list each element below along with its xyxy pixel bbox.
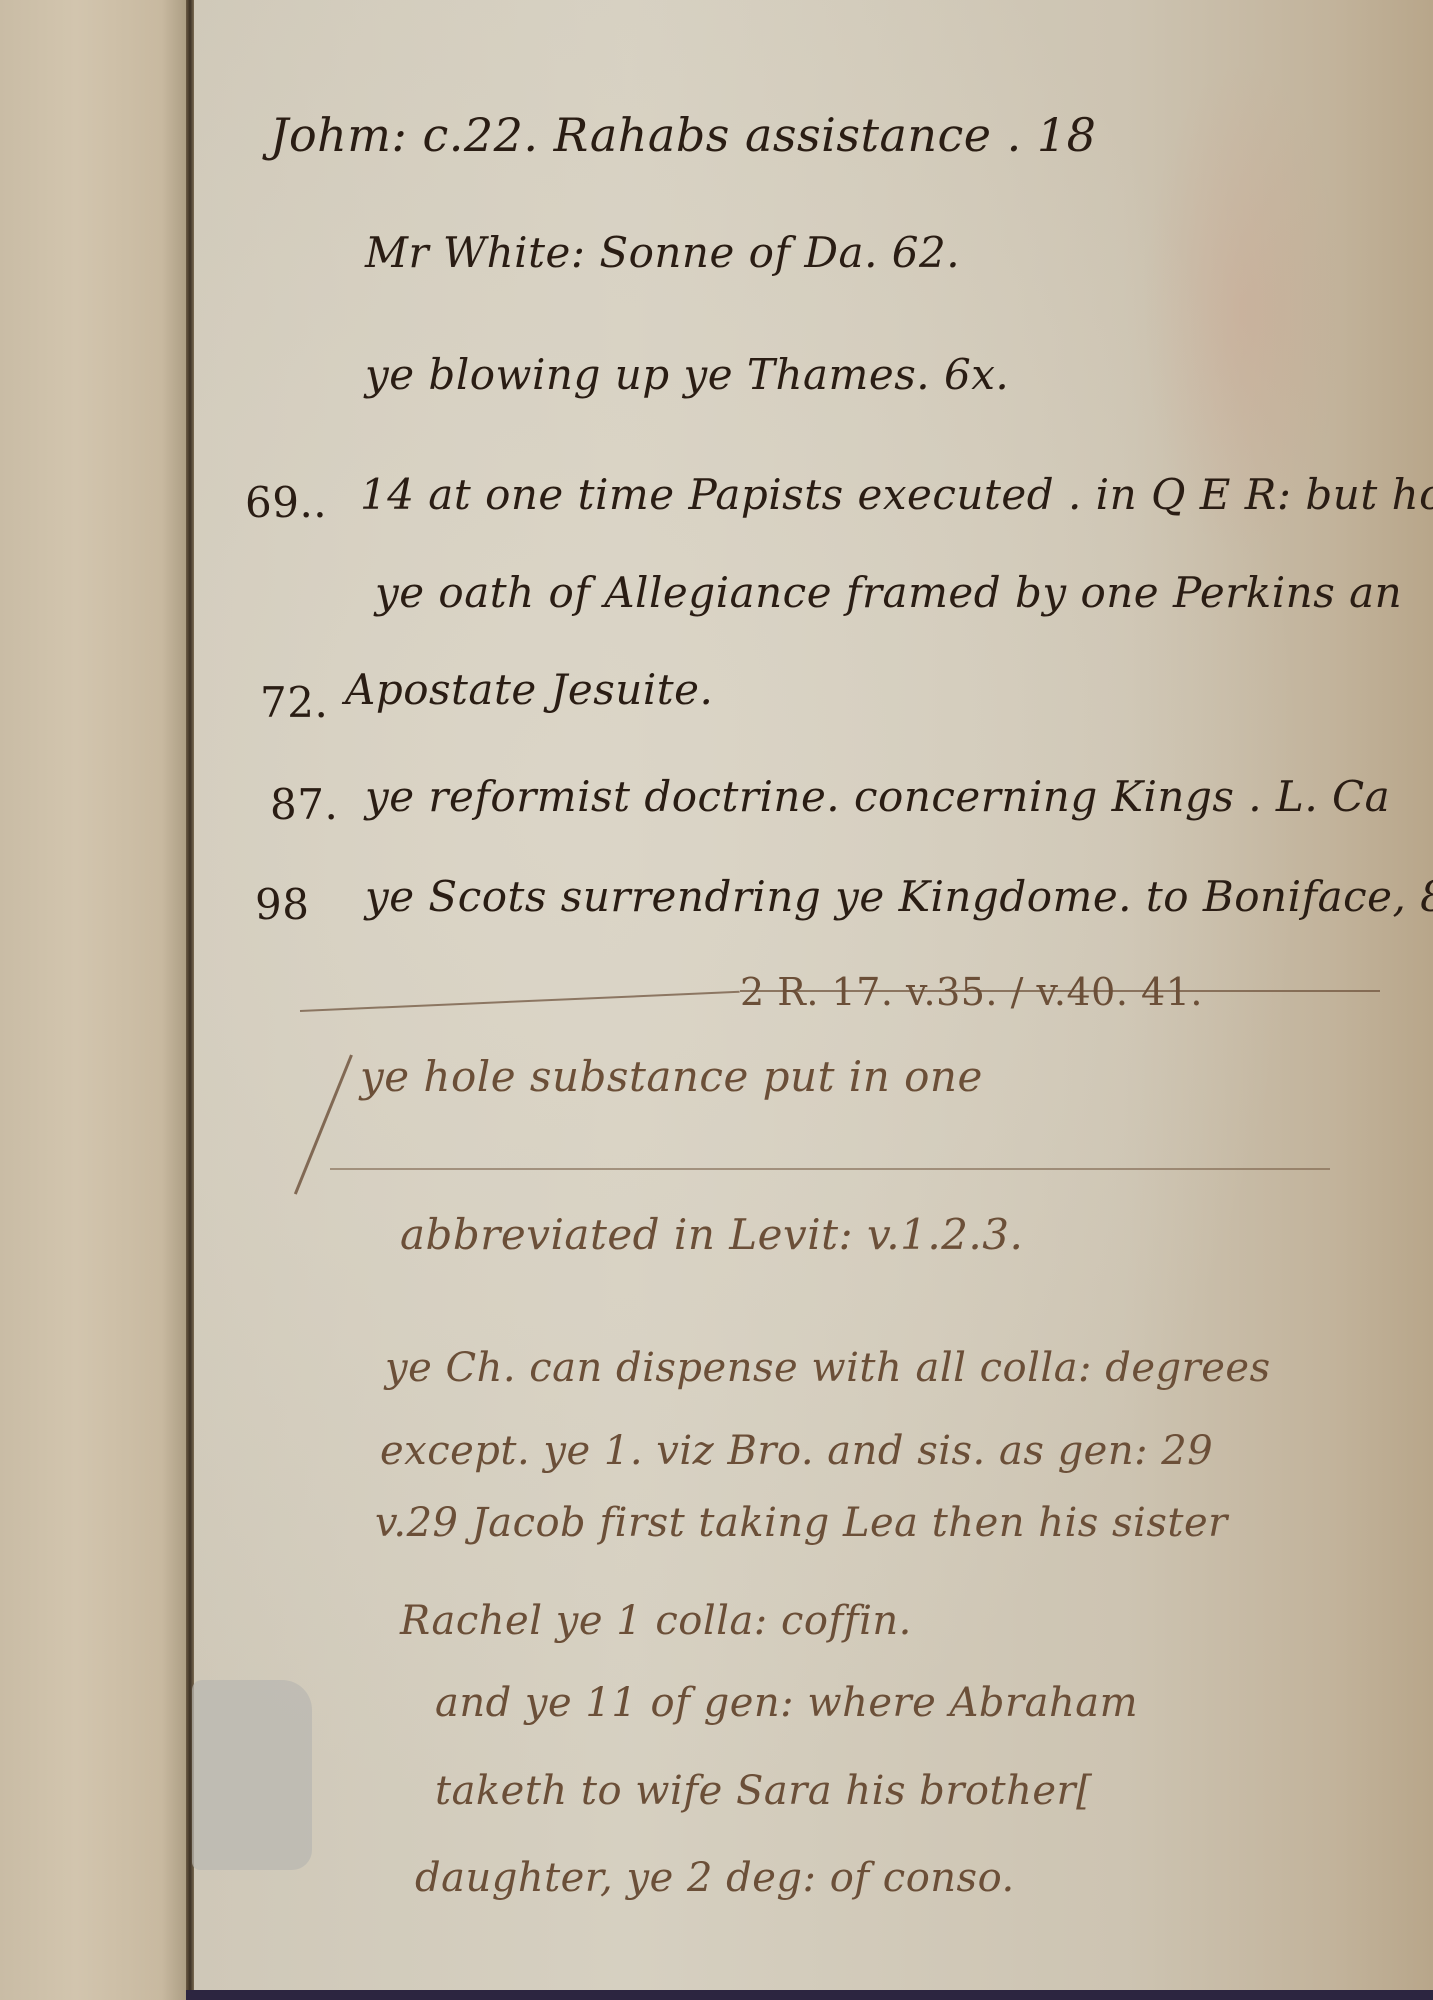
entry-text: daughter, ye 2 deg: of conso. — [415, 1855, 1015, 1901]
entry-line: ye reformist doctrine. concerning Kings … — [365, 772, 1390, 821]
margin-page-number: 87. — [270, 780, 338, 829]
margin-page-number: 98 — [255, 880, 309, 929]
entry-line: ye hole substance put in one — [360, 1052, 983, 1101]
entry-line: except. ye 1. viz Bro. and sis. as gen: … — [380, 1428, 1213, 1474]
entry-text: abbreviated in Levit: v.1.2.3. — [400, 1210, 1023, 1259]
entry-line: ye oath of Allegiance framed by one Perk… — [375, 568, 1402, 617]
margin-page-number: 69.. — [245, 478, 327, 527]
entry-text: Apostate Jesuite. — [345, 665, 713, 714]
entry-line: Rachel ye 1 colla: coffin. — [400, 1598, 912, 1644]
entry-line: daughter, ye 2 deg: of conso. — [415, 1855, 1015, 1901]
entry-text: v.29 Jacob first taking Lea then his sis… — [375, 1500, 1228, 1546]
entry-text: and ye 11 of gen: where Abraham — [435, 1680, 1138, 1726]
entry-text: ye hole substance put in one — [360, 1052, 983, 1101]
entry-text: ye Ch. can dispense with all colla: degr… — [385, 1345, 1271, 1391]
entry-line: Johm: c.22. Rahabs assistance . 18 — [270, 108, 1096, 162]
entry-line: taketh to wife Sara his brother[ — [435, 1768, 1092, 1814]
entry-line: Apostate Jesuite. — [345, 665, 713, 714]
entry-text: ye reformist doctrine. concerning Kings … — [365, 772, 1390, 821]
divider-rule — [330, 1168, 1330, 1170]
entry-text: ye Scots surrendring ye Kingdome. to Bon… — [365, 872, 1433, 921]
margin-page-number: 72. — [260, 678, 328, 727]
entry-line: ye Ch. can dispense with all colla: degr… — [385, 1345, 1271, 1391]
entry-text: taketh to wife Sara his brother[ — [435, 1768, 1092, 1814]
entry-text: Mr White: Sonne of Da. 62. — [365, 228, 960, 277]
paper-repair-patch — [192, 1680, 312, 1870]
entry-text: Johm: c.22. Rahabs assistance . 18 — [270, 108, 1096, 162]
entry-line: v.29 Jacob first taking Lea then his sis… — [375, 1500, 1228, 1546]
scripture-reference: 2 R. 17. v.35. / v.40. 41. — [740, 970, 1203, 1014]
facing-page-leaf — [0, 0, 190, 2000]
entry-line: 14 at one time Papists executed . in Q E… — [360, 470, 1433, 519]
binding-edge — [186, 1990, 1433, 2000]
entry-line: abbreviated in Levit: v.1.2.3. — [400, 1210, 1023, 1259]
entry-line: ye blowing up ye Thames. 6x. — [365, 350, 1009, 399]
entry-text: ye oath of Allegiance framed by one Perk… — [375, 568, 1402, 617]
entry-line: and ye 11 of gen: where Abraham — [435, 1680, 1138, 1726]
entry-line: Mr White: Sonne of Da. 62. — [365, 228, 960, 277]
entry-text: 14 at one time Papists executed . in Q E… — [360, 470, 1433, 519]
entry-text: ye blowing up ye Thames. 6x. — [365, 350, 1009, 399]
entry-text: Rachel ye 1 colla: coffin. — [400, 1598, 912, 1644]
entry-line: ye Scots surrendring ye Kingdome. to Bon… — [365, 872, 1433, 921]
entry-text: except. ye 1. viz Bro. and sis. as gen: … — [380, 1428, 1213, 1474]
